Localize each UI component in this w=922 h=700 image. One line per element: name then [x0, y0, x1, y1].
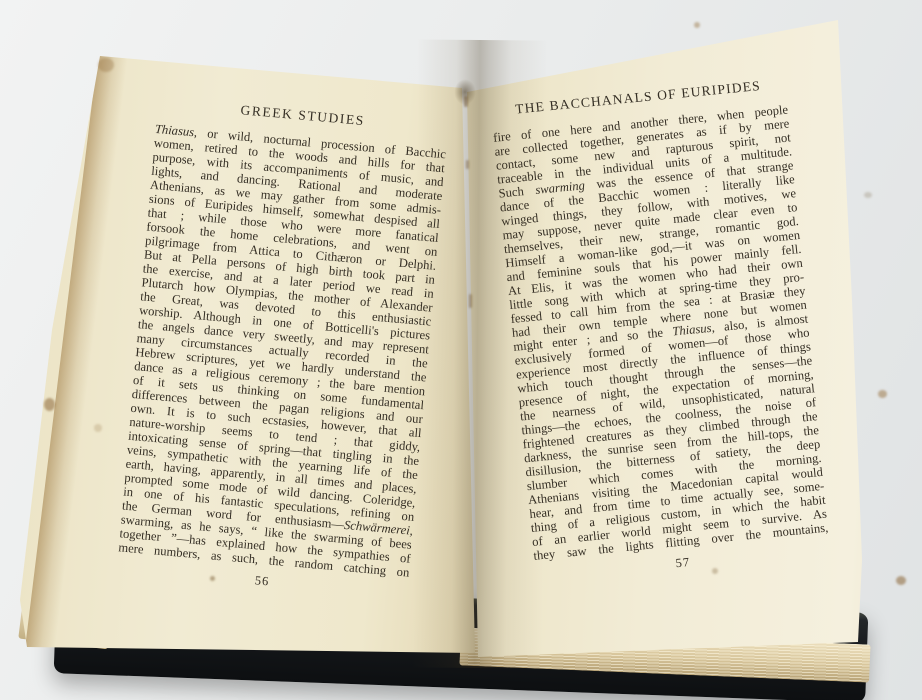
foxing-spot	[896, 576, 906, 585]
right-page-lines: fire of one here and another there, when…	[493, 103, 829, 563]
foxing-spot	[694, 22, 700, 28]
left-page-lines: Thiasus, or wild, nocturnal procession o…	[118, 122, 447, 580]
right-page: THE BACCHANALS OF EURIPIDES fire of one …	[455, 8, 920, 680]
left-page-text: GREEK STUDIES Thiasus, or wild, nocturna…	[116, 95, 449, 602]
foxing-spot	[878, 390, 887, 398]
left-page: GREEK STUDIES Thiasus, or wild, nocturna…	[18, 40, 488, 690]
book-photo: GREEK STUDIES Thiasus, or wild, nocturna…	[0, 0, 922, 700]
fore-edge-browning	[22, 54, 128, 678]
foxing-spot	[864, 192, 872, 198]
right-page-text: THE BACCHANALS OF EURIPIDES fire of one …	[490, 76, 831, 585]
